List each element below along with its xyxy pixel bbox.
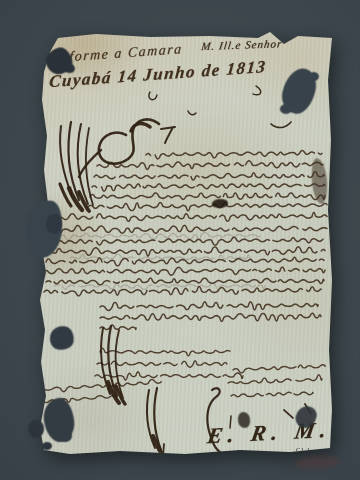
paper-shadow-wrap: M. Ill.e Senhor Informe a Camara Cuyabá … (0, 0, 360, 480)
manuscript-paper: M. Ill.e Senhor Informe a Camara Cuyabá … (0, 0, 360, 480)
archival-mark: C1,1 (296, 447, 310, 454)
scanned-document-photo: M. Ill.e Senhor Informe a Camara Cuyabá … (0, 0, 360, 480)
